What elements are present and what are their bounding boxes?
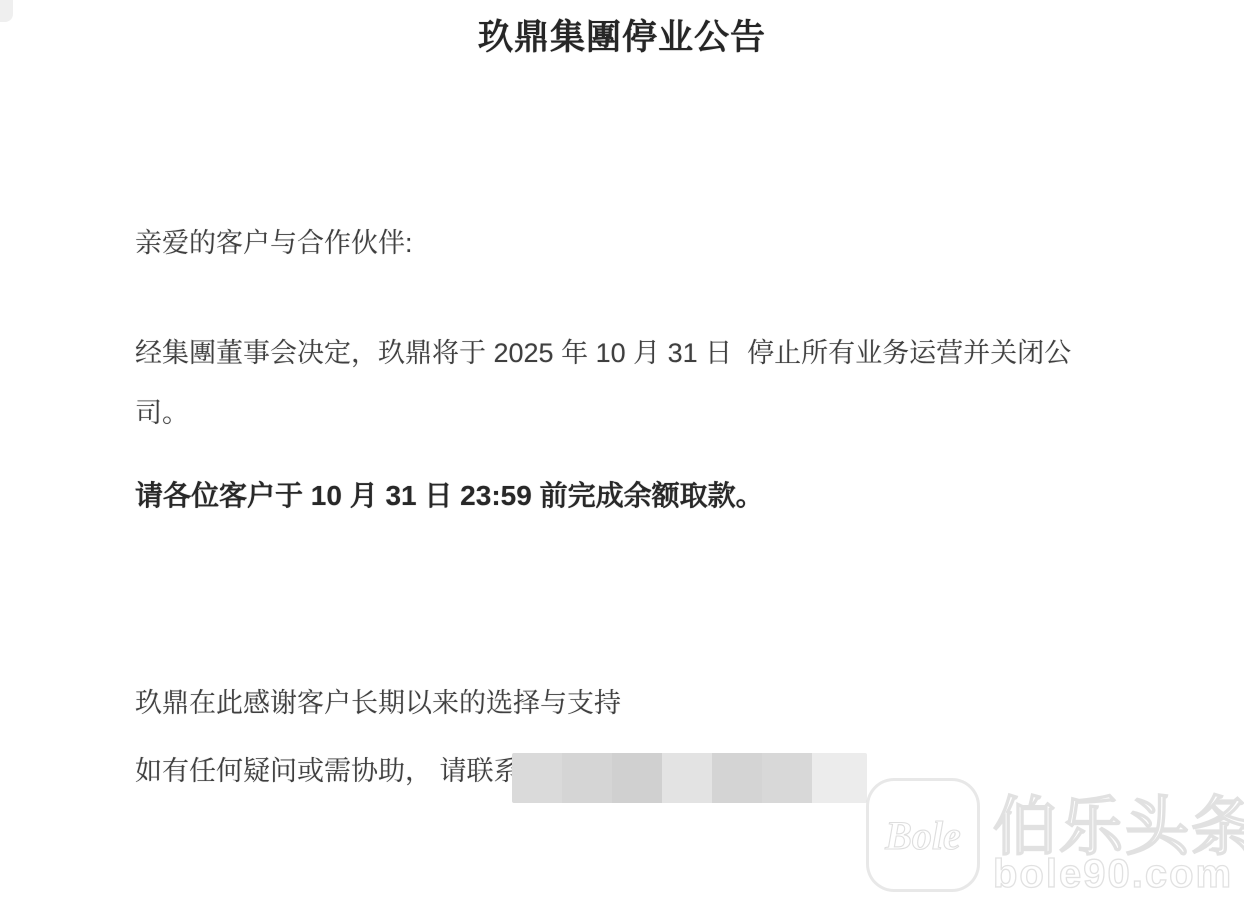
contact-line: 如有任何疑问或需协助， 请联系 [135,749,521,788]
deadline-notice-bold-line: 请各位客户于 10 月 31 日 23:59 前完成余额取款。 [135,474,764,514]
watermark-logo-text: Bole [885,812,961,859]
watermark-site-url: bole90.com [993,852,1233,897]
redaction-block [712,753,762,803]
redacted-contact-info-mosaic [512,753,867,803]
salutation-line: 亲爱的客户与合作伙伴: [135,221,413,260]
watermark-logo: Bole [866,778,980,892]
redaction-block [662,753,712,803]
body-paragraph-line-1: 经集團董事会决定，玖鼎将于 2025 年 10 月 31 日 停止所有业务运营并… [135,331,1071,370]
body-paragraph-line-2: 司。 [135,391,189,430]
closure-announcement-document: 玖鼎集團停业公告 亲爱的客户与合作伙伴: 经集團董事会决定，玖鼎将于 2025 … [0,0,1244,902]
document-title: 玖鼎集團停业公告 [0,10,1244,60]
redaction-block [762,753,812,803]
thanks-line: 玖鼎在此感谢客户长期以来的选择与支持 [135,681,621,720]
redaction-block [512,753,562,803]
redaction-block [612,753,662,803]
redaction-block [562,753,612,803]
redaction-block [812,753,867,803]
